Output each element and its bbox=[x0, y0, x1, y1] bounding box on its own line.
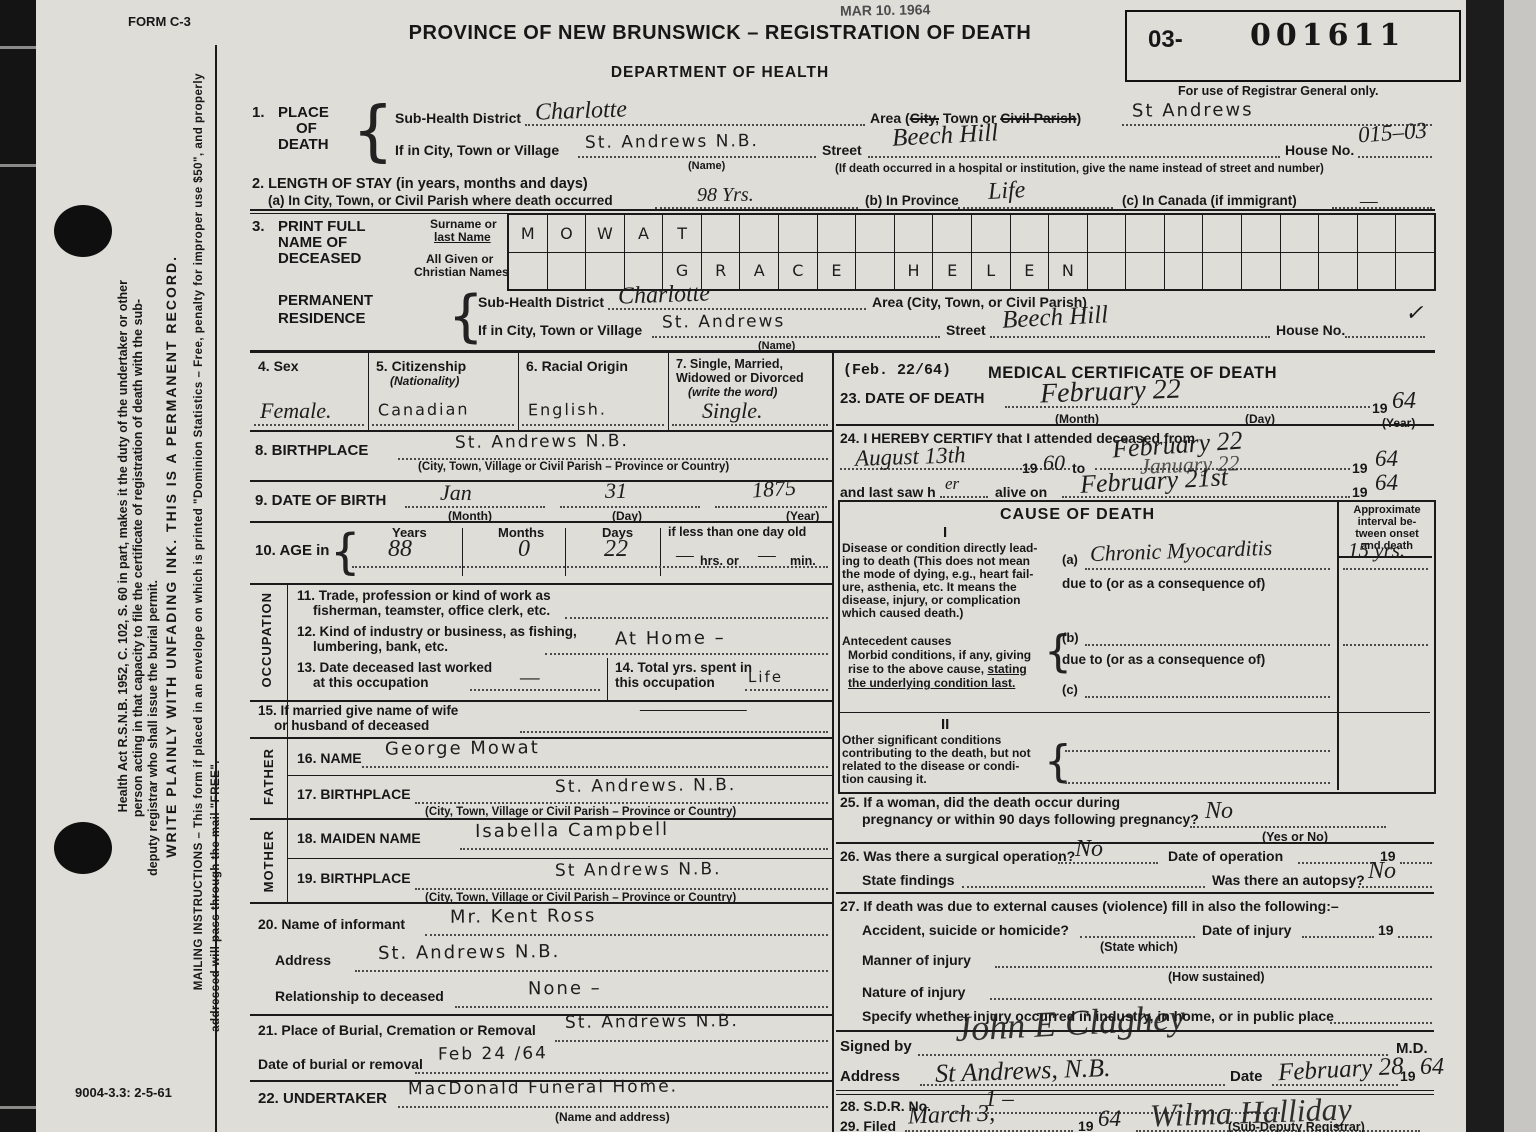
form-print-code: 9004-3.3: 2-5-61 bbox=[75, 1085, 172, 1100]
s23-year-caption: (Year) bbox=[1382, 416, 1415, 430]
s24-from-year-value: 60 bbox=[1043, 450, 1065, 476]
s21-date-label: Date of burial or removal bbox=[258, 1056, 423, 1072]
s4-value: Female. bbox=[260, 398, 331, 424]
cause-title: CAUSE OF DEATH bbox=[1000, 506, 1155, 524]
s10-years-value: 88 bbox=[388, 536, 412, 563]
dotted-rule bbox=[425, 934, 828, 936]
dotted-rule bbox=[1065, 750, 1330, 752]
s26-autopsy-value: No bbox=[1368, 858, 1396, 885]
name-grid-cell: O bbox=[548, 215, 587, 252]
s16-label: 16. NAME bbox=[297, 750, 362, 766]
scan-streak bbox=[0, 46, 36, 49]
s5-label-1: 5. Citizenship bbox=[376, 358, 466, 374]
s19-label: 19. BIRTHPLACE bbox=[297, 870, 411, 886]
form-code: FORM C-3 bbox=[128, 14, 191, 29]
res-sub-health-value: Charlotte bbox=[618, 280, 711, 310]
s2-a-label: (a) In City, Town, or Civil Parish where… bbox=[268, 193, 613, 208]
name-grid-cell bbox=[1242, 253, 1281, 290]
scan-streak bbox=[0, 1106, 36, 1109]
s5-label-2: (Nationality) bbox=[390, 374, 459, 388]
s1-label-place: PLACE bbox=[278, 104, 329, 121]
s1-village-label: If in City, Town or Village bbox=[395, 142, 559, 158]
rule-line bbox=[836, 892, 1434, 894]
signed-year-prefix: 19 bbox=[1400, 1068, 1416, 1084]
s9-month: Jan bbox=[440, 480, 472, 506]
cause-antecedent-4: the underlying condition last. bbox=[848, 676, 1015, 690]
s7-value: Single. bbox=[702, 398, 763, 424]
med-typed-note: (Feb. 22/64) bbox=[843, 362, 951, 379]
name-grid-cell: E bbox=[818, 253, 857, 290]
res-village-label: If in City, Town or Village bbox=[478, 322, 642, 338]
rule-line bbox=[565, 528, 566, 576]
name-grid-cell: E bbox=[1011, 253, 1050, 290]
s29-filed-value: March 3, bbox=[908, 1100, 996, 1130]
dotted-rule bbox=[1398, 936, 1432, 938]
s7-label-3: (write the word) bbox=[688, 385, 777, 399]
s24-to-year-value: 64 bbox=[1375, 446, 1398, 472]
physician-signature: John E Claghey bbox=[954, 996, 1186, 1050]
cause-antecedent-1: Antecedent causes bbox=[842, 634, 951, 648]
dotted-rule bbox=[652, 336, 940, 338]
cause-disease-line-4: ure, asthenia, etc. It means the bbox=[842, 580, 1017, 594]
cause-interval-header-2: interval be- bbox=[1343, 516, 1431, 528]
cause-b-label: (b) bbox=[1062, 630, 1079, 645]
s19-value: St Andrews N.B. bbox=[555, 859, 722, 881]
cause-part-2: II bbox=[941, 716, 949, 733]
rule-line bbox=[250, 350, 1435, 353]
s21-label: 21. Place of Burial, Cremation or Remova… bbox=[258, 1022, 536, 1038]
s29-label: 29. Filed bbox=[840, 1118, 896, 1132]
s17-value: St. Andrews. N.B. bbox=[555, 775, 736, 797]
s1-house-value: 015–03 bbox=[1357, 118, 1428, 149]
s3-label-1: PRINT FULL bbox=[278, 218, 366, 235]
cause-a-interval: 15 yrs. bbox=[1348, 538, 1405, 563]
punch-hole bbox=[54, 822, 112, 874]
s20-value: Mr. Kent Ross bbox=[450, 905, 597, 928]
s7-label-1: 7. Single, Married, bbox=[676, 357, 783, 371]
dotted-rule bbox=[522, 424, 664, 426]
s1-brace: { bbox=[352, 92, 394, 169]
name-grid-cell bbox=[1126, 215, 1165, 252]
dotted-rule bbox=[545, 653, 828, 655]
s24-saw-label-post: alive on bbox=[995, 484, 1047, 500]
name-grid-cell: T bbox=[663, 215, 702, 252]
surname-grid-row: MOWAT bbox=[509, 215, 1434, 252]
cause-other-brace: { bbox=[1044, 736, 1072, 787]
s5-value: Canadian bbox=[378, 400, 470, 420]
dotted-rule bbox=[995, 966, 1432, 968]
s11-label-1: 11. Trade, profession or kind of work as bbox=[297, 588, 551, 603]
registrar-number-prefix: 03- bbox=[1148, 26, 1183, 54]
name-grid-cell bbox=[1242, 215, 1281, 252]
rule-line bbox=[287, 583, 288, 902]
dotted-rule bbox=[455, 1006, 828, 1008]
s2-b-label: (b) In Province bbox=[865, 193, 959, 208]
s24-to-year-prefix: 19 bbox=[1352, 460, 1368, 476]
cause-interval-header-1: Approximate bbox=[1343, 504, 1431, 516]
dotted-rule bbox=[1058, 862, 1158, 864]
s20-address-label: Address bbox=[275, 952, 331, 968]
s20-address-value: St. Andrews N.B. bbox=[378, 941, 560, 964]
dotted-rule bbox=[1080, 936, 1195, 938]
name-grid-cell bbox=[856, 253, 895, 290]
dotted-rule bbox=[415, 888, 828, 890]
dotted-rule bbox=[962, 886, 1205, 888]
s27-label: 27. If death was due to external causes … bbox=[840, 898, 1339, 914]
s12-label-2: lumbering, bank, etc. bbox=[313, 639, 448, 654]
margin-note-health-act-line1: Health Act R.S.N.B. 1952, C. 102, S. 60 … bbox=[116, 280, 130, 812]
s20-relationship-label: Relationship to deceased bbox=[275, 988, 444, 1004]
dotted-rule bbox=[940, 496, 988, 498]
dotted-rule bbox=[460, 848, 828, 850]
rule-line bbox=[250, 583, 833, 585]
s27-injury-year-prefix: 19 bbox=[1378, 922, 1394, 938]
name-grid-cell bbox=[1319, 253, 1358, 290]
name-grid-cell bbox=[779, 215, 818, 252]
s27-accident-caption: (State which) bbox=[1100, 940, 1178, 954]
s14-label-2: this occupation bbox=[615, 675, 715, 690]
s26-findings-label: State findings bbox=[862, 872, 955, 888]
dotted-rule bbox=[520, 731, 828, 733]
dotted-rule bbox=[868, 156, 1280, 158]
s1-sub-health-label: Sub-Health District bbox=[395, 110, 521, 126]
name-grid-cell: A bbox=[625, 215, 664, 252]
name-grid-cell bbox=[1088, 215, 1127, 252]
name-grid-cell bbox=[1011, 215, 1050, 252]
cause-part-1: I bbox=[943, 524, 947, 541]
name-grid-cell bbox=[1165, 215, 1204, 252]
scanned-death-registration-form: Health Act R.S.N.B. 1952, C. 102, S. 60 … bbox=[0, 0, 1536, 1132]
s21-date-value: Feb 24 /64 bbox=[438, 1043, 548, 1064]
s13-label-1: 13. Date deceased last worked bbox=[297, 660, 492, 675]
s10-brace: { bbox=[330, 524, 361, 580]
rule-line bbox=[250, 737, 833, 739]
s7-label-2: Widowed or Divorced bbox=[676, 371, 804, 385]
dotted-rule bbox=[362, 766, 828, 768]
cause-disease-line-2: ing to death (This does not mean bbox=[842, 554, 1030, 568]
name-grid-cell: A bbox=[740, 253, 779, 290]
s10-min-label: min. bbox=[790, 554, 816, 568]
s8-value: St. Andrews N.B. bbox=[455, 431, 629, 453]
s23-label: 23. DATE OF DEATH bbox=[840, 390, 984, 407]
rule-line bbox=[250, 521, 833, 523]
s14-value: Life bbox=[748, 668, 783, 686]
res-street-value: Beech Hill bbox=[1001, 301, 1109, 335]
res-sub-health-label: Sub-Health District bbox=[478, 294, 604, 310]
cause-other-line-3: related to the disease or condi- bbox=[842, 759, 1019, 773]
rule-line bbox=[250, 1014, 833, 1016]
rule-line bbox=[607, 658, 608, 700]
s29-year-prefix: 19 bbox=[1078, 1118, 1094, 1132]
s17-caption: (City, Town, Village or Civil Parish – P… bbox=[425, 806, 736, 818]
dotted-rule bbox=[555, 1040, 828, 1042]
s27-injury-date-label: Date of injury bbox=[1202, 922, 1291, 938]
dotted-rule bbox=[1358, 156, 1432, 158]
s24-saw-er: er bbox=[945, 474, 959, 494]
s22-caption: (Name and address) bbox=[555, 1110, 670, 1124]
rule-line bbox=[518, 353, 519, 430]
s22-value: MacDonald Funeral Home. bbox=[408, 1077, 678, 1100]
rule-line bbox=[287, 858, 833, 859]
s1-area-value: St Andrews bbox=[1132, 99, 1254, 121]
name-grid-cell bbox=[509, 253, 548, 290]
mother-side-label: MOTHER bbox=[261, 830, 276, 892]
deceased-name-grid: MOWAT GRACEHELEN bbox=[507, 213, 1436, 291]
name-grid-cell bbox=[702, 215, 741, 252]
dotted-rule bbox=[352, 566, 828, 568]
s10-months-value: 0 bbox=[518, 536, 530, 563]
dotted-rule bbox=[1345, 336, 1425, 338]
s24-saw-label-pre: and last saw h bbox=[840, 484, 936, 500]
s12-value: At Home – bbox=[615, 627, 726, 649]
dotted-rule bbox=[565, 617, 828, 619]
name-grid-cell: W bbox=[586, 215, 625, 252]
dotted-rule bbox=[372, 424, 514, 426]
s23-year-prefix: 19 bbox=[1372, 400, 1388, 416]
s20-relationship-value: None – bbox=[528, 978, 602, 1000]
name-grid-cell bbox=[1203, 215, 1242, 252]
dotted-rule bbox=[1343, 644, 1428, 646]
cause-disease-line-6: which caused death.) bbox=[842, 606, 963, 620]
s13-label-2: at this occupation bbox=[313, 675, 429, 690]
s1-label-death: DEATH bbox=[278, 136, 329, 153]
cause-antecedent-3: rise to the above cause, stating bbox=[848, 662, 1027, 676]
s9-year: 1875 bbox=[751, 474, 797, 503]
name-grid-cell bbox=[933, 215, 972, 252]
scan-streak bbox=[0, 164, 36, 167]
name-grid-cell: H bbox=[895, 253, 934, 290]
dotted-rule bbox=[672, 424, 828, 426]
dotted-rule bbox=[715, 506, 827, 508]
s20-label: 20. Name of informant bbox=[258, 916, 405, 932]
margin-note-mailing-line1: MAILING INSTRUCTIONS – This form if plac… bbox=[193, 73, 205, 990]
s3-surname-caption-1: Surname or bbox=[430, 217, 497, 231]
s10-min-value: — bbox=[758, 544, 776, 567]
name-grid-cell bbox=[1358, 215, 1397, 252]
name-grid-cell bbox=[1281, 253, 1320, 290]
res-label-2: RESIDENCE bbox=[278, 310, 366, 327]
res-house-value: ✓ bbox=[1405, 300, 1423, 326]
s16-value: George Mowat bbox=[385, 737, 540, 760]
s25-label-1: 25. If a woman, did the death occur duri… bbox=[840, 794, 1120, 810]
cause-antecedent-2: Morbid conditions, if any, giving bbox=[848, 648, 1031, 662]
res-village-value: St. Andrews bbox=[662, 311, 785, 332]
s1-street-value: Beech Hill bbox=[891, 119, 999, 153]
s15-label-2: or husband of deceased bbox=[274, 718, 429, 733]
s10-days-value: 22 bbox=[604, 536, 628, 563]
cause-due-1: due to (or as a consequence of) bbox=[1062, 576, 1265, 591]
rule-line bbox=[250, 209, 1435, 211]
s29-year-value: 64 bbox=[1098, 1106, 1121, 1132]
registrar-number: 001611 bbox=[1250, 18, 1405, 53]
s8-label: 8. BIRTHPLACE bbox=[255, 442, 368, 459]
rule-line bbox=[1337, 500, 1339, 790]
s17-label: 17. BIRTHPLACE bbox=[297, 786, 411, 802]
form-title: PROVINCE OF NEW BRUNSWICK – REGISTRATION… bbox=[380, 22, 1060, 45]
name-grid-cell bbox=[1165, 253, 1204, 290]
dotted-rule bbox=[560, 506, 700, 508]
s11-label-2: fisherman, teamster, office clerk, etc. bbox=[313, 603, 550, 618]
s1-street-label: Street bbox=[822, 142, 862, 158]
s27-accident-label: Accident, suicide or homicide? bbox=[862, 922, 1069, 938]
dotted-rule bbox=[1085, 696, 1330, 698]
s27-manner-label: Manner of injury bbox=[862, 952, 971, 968]
name-grid-cell: C bbox=[779, 253, 818, 290]
name-grid-cell: N bbox=[1049, 253, 1088, 290]
rule-line bbox=[660, 528, 661, 576]
dotted-rule bbox=[745, 689, 828, 691]
s12-label-1: 12. Kind of industry or business, as fis… bbox=[297, 624, 577, 639]
s9-day: 31 bbox=[605, 478, 627, 504]
dotted-rule bbox=[990, 336, 1270, 338]
name-grid-cell bbox=[818, 215, 857, 252]
s24-saw-year-prefix: 19 bbox=[1352, 484, 1368, 500]
margin-note-health-act-line2: person acting in that capacity to file t… bbox=[131, 299, 145, 817]
dotted-rule bbox=[398, 458, 828, 460]
dotted-rule bbox=[254, 424, 364, 426]
s4-label: 4. Sex bbox=[258, 358, 298, 374]
s26-autopsy-label: Was there an autopsy? bbox=[1212, 872, 1365, 888]
s25-value: No bbox=[1205, 798, 1233, 825]
s6-value: English. bbox=[528, 400, 607, 420]
cause-other-line-2: contributing to the death, but not bbox=[842, 746, 1031, 760]
s10-label: 10. AGE in bbox=[255, 542, 329, 559]
s18-label: 18. MAIDEN NAME bbox=[297, 830, 421, 846]
signed-address-value: St Andrews, N.B. bbox=[935, 1053, 1111, 1089]
cause-other-line-4: tion causing it. bbox=[842, 772, 927, 786]
margin-note-health-act-line3: deputy registrar who shall issue the bur… bbox=[146, 580, 160, 876]
rule-line bbox=[368, 353, 369, 430]
rule-line bbox=[287, 775, 833, 776]
father-side-label: FATHER bbox=[261, 748, 276, 805]
name-grid-cell bbox=[895, 215, 934, 252]
dotted-rule bbox=[398, 1106, 828, 1108]
received-date-stamp: MAR 10. 1964 bbox=[840, 1, 931, 19]
s13-value: — bbox=[520, 664, 540, 690]
scan-edge-right bbox=[1504, 0, 1536, 1132]
s24-from-value: August 13th bbox=[855, 442, 966, 472]
name-grid-cell bbox=[740, 215, 779, 252]
dotted-rule bbox=[1085, 568, 1330, 570]
dotted-rule bbox=[1343, 568, 1428, 570]
cause-disease-line-3: the mode of dying, e.g., heart fail- bbox=[842, 567, 1033, 581]
s3-given-caption-2: Christian Names bbox=[414, 265, 509, 279]
dotted-rule bbox=[918, 1054, 1388, 1056]
rule-line bbox=[250, 902, 833, 904]
s1-number: 1. bbox=[252, 104, 265, 121]
s1-house-label: House No. bbox=[1285, 142, 1354, 158]
name-grid-cell bbox=[972, 215, 1011, 252]
dotted-rule bbox=[1085, 644, 1330, 646]
name-grid-cell bbox=[1396, 253, 1434, 290]
dotted-rule bbox=[405, 506, 545, 508]
name-grid-cell bbox=[1396, 215, 1434, 252]
name-grid-cell bbox=[1126, 253, 1165, 290]
dotted-rule bbox=[578, 156, 816, 158]
cause-c-label: (c) bbox=[1062, 682, 1078, 697]
s1-hospital-caption: (If death occurred in a hospital or inst… bbox=[835, 163, 1324, 175]
s29-caption: (Sub-Deputy Registrar) bbox=[1228, 1120, 1365, 1132]
punch-hole bbox=[54, 205, 112, 257]
s27-nature-label: Nature of injury bbox=[862, 984, 965, 1000]
rule-line bbox=[836, 424, 1434, 426]
s10-hrs-value: — bbox=[676, 544, 694, 567]
s2-c-label: (c) In Canada (if immigrant) bbox=[1122, 193, 1297, 208]
dotted-rule bbox=[1298, 862, 1376, 864]
s1-sub-health-value: Charlotte bbox=[535, 96, 628, 126]
res-label-1: PERMANENT bbox=[278, 292, 373, 309]
s15-label-1: 15. If married give name of wife bbox=[258, 703, 458, 718]
res-street-label: Street bbox=[946, 322, 986, 338]
s1-village-value: St. Andrews N.B. bbox=[585, 131, 759, 153]
dotted-rule bbox=[1190, 826, 1386, 828]
name-grid-cell: E bbox=[933, 253, 972, 290]
cause-disease-line-5: disease, injury, or complication bbox=[842, 593, 1021, 607]
name-grid-cell bbox=[1049, 215, 1088, 252]
s21-value: St. Andrews N.B. bbox=[565, 1011, 739, 1033]
s1-name-caption: (Name) bbox=[688, 160, 725, 172]
registrar-box-caption: For use of Registrar General only. bbox=[1178, 84, 1379, 98]
scan-edge-strip-right bbox=[1466, 0, 1504, 1132]
margin-note-write-plainly: WRITE PLAINLY WITH UNFADING INK. THIS IS… bbox=[163, 255, 179, 858]
signed-date-label: Date bbox=[1230, 1068, 1263, 1085]
name-grid-cell bbox=[1281, 215, 1320, 252]
s24-saw-value: February 21st bbox=[1079, 462, 1228, 500]
rule-line bbox=[462, 528, 463, 576]
margin-note-mailing-line2: addressed will pass through the mail "FR… bbox=[210, 760, 222, 1032]
s2-label: 2. LENGTH OF STAY (in years, months and … bbox=[252, 176, 588, 192]
rule-line bbox=[836, 842, 1434, 844]
dotted-rule bbox=[1065, 782, 1330, 784]
signed-year-value: 64 bbox=[1420, 1054, 1444, 1081]
s3-label-3: DECEASED bbox=[278, 250, 361, 267]
res-house-label: House No. bbox=[1276, 322, 1345, 338]
dotted-rule bbox=[1330, 1022, 1432, 1024]
s8-caption: (City, Town, Village or Civil Parish – P… bbox=[418, 461, 729, 473]
dotted-rule bbox=[1400, 862, 1432, 864]
form-subtitle: DEPARTMENT OF HEALTH bbox=[380, 64, 1060, 82]
s24-saw-year-value: 64 bbox=[1375, 470, 1398, 496]
s25-label-2: pregnancy or within 90 days following pr… bbox=[862, 811, 1199, 827]
s6-label: 6. Racial Origin bbox=[526, 358, 628, 374]
s23-value: February 22 bbox=[1039, 374, 1181, 411]
rule-line bbox=[668, 353, 669, 430]
dotted-rule bbox=[415, 802, 828, 804]
s23-year-value: 64 bbox=[1392, 388, 1416, 415]
rule-line bbox=[250, 480, 833, 482]
s15-value: —————— bbox=[640, 698, 747, 721]
s27-manner-caption: (How sustained) bbox=[1168, 970, 1265, 984]
signed-date-value: February 28 bbox=[1277, 1053, 1404, 1088]
scan-edge-strip-left bbox=[0, 0, 36, 1132]
name-grid-cell bbox=[548, 253, 587, 290]
s10-hrs-label: hrs. or bbox=[700, 554, 739, 568]
s9-label: 9. DATE OF BIRTH bbox=[255, 492, 386, 509]
s3-label-2: NAME OF bbox=[278, 234, 347, 251]
s2-b-value: Life bbox=[987, 177, 1026, 206]
s22-label: 22. UNDERTAKER bbox=[258, 1090, 387, 1107]
name-grid-cell bbox=[1319, 215, 1358, 252]
cause-a-label: (a) bbox=[1062, 552, 1078, 567]
dotted-rule bbox=[1358, 886, 1432, 888]
name-grid-cell bbox=[1203, 253, 1242, 290]
dotted-rule bbox=[1302, 936, 1374, 938]
name-grid-cell bbox=[1088, 253, 1127, 290]
dotted-rule bbox=[355, 970, 828, 972]
cause-other-line-1: Other significant conditions bbox=[842, 733, 1001, 747]
occupation-side-label: OCCUPATION bbox=[259, 592, 274, 687]
rule-line bbox=[840, 712, 1430, 713]
